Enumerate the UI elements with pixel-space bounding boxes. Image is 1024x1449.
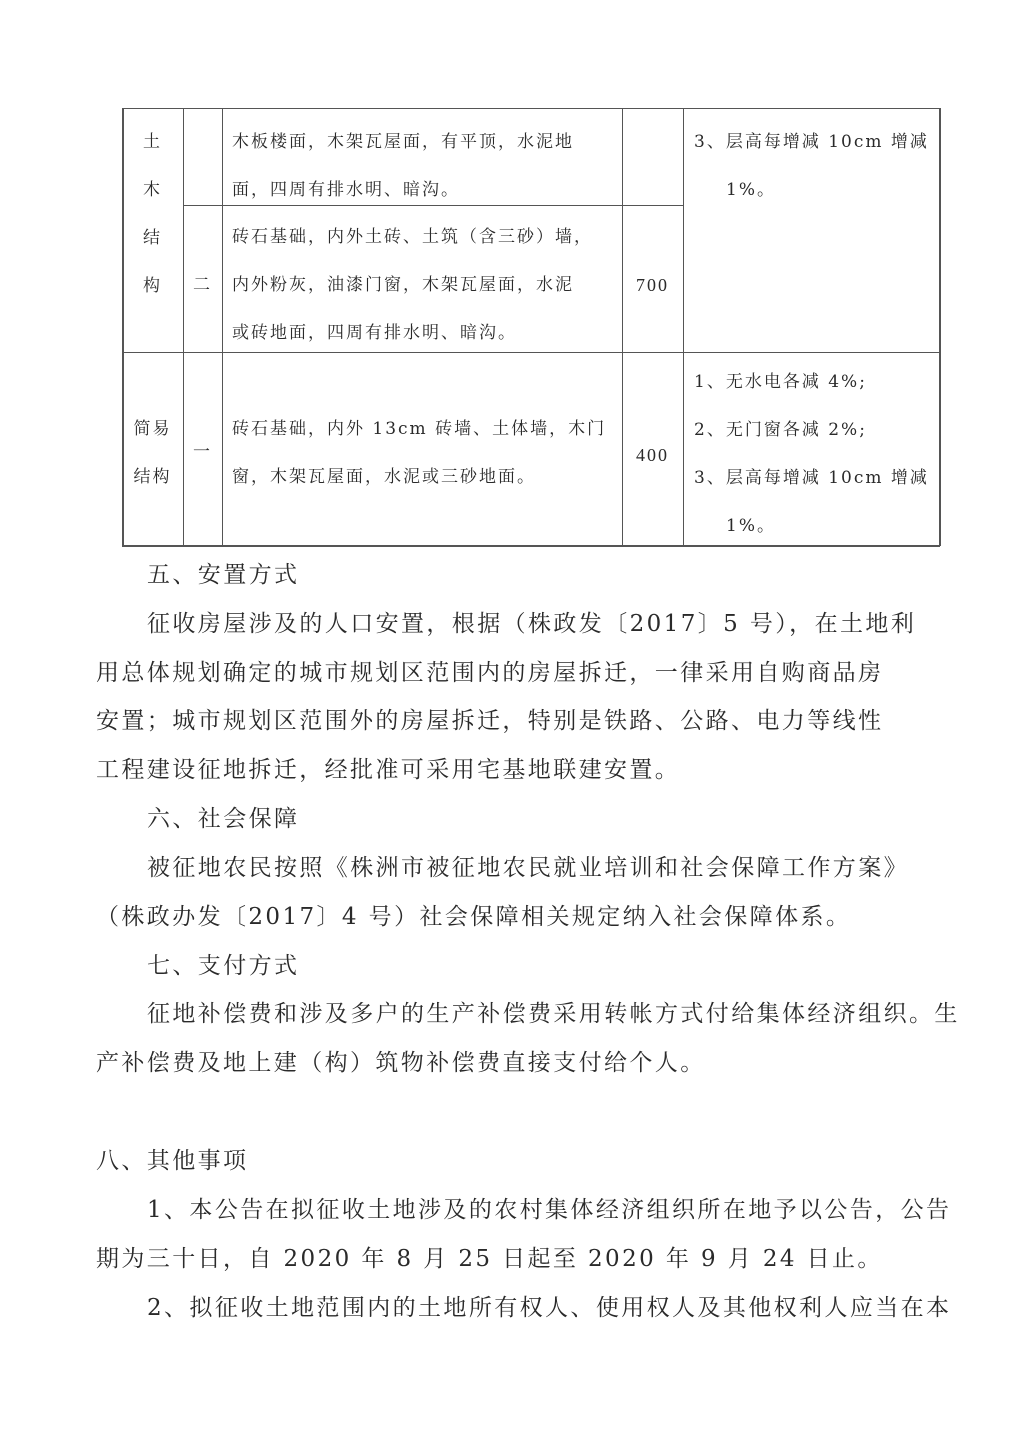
section-heading-payment: 七、支付方式 [147, 942, 299, 990]
price-cell: 400 [622, 431, 683, 479]
table-border-top [122, 108, 940, 109]
paragraph-line: 用总体规划确定的城市规划区范围内的房屋拆迁，一律采用自购商品房 [96, 649, 883, 697]
col-divider [183, 108, 184, 546]
category-char: 构 [122, 262, 183, 310]
category-line: 结构 [122, 453, 183, 501]
paragraph-line: 期为三十日，自 2020 年 8 月 25 日起至 2020 年 9 月 24 … [96, 1235, 883, 1283]
paragraph-line: 产补偿费及地上建（构）筑物补偿费直接支付给个人。 [96, 1039, 706, 1087]
category-char: 木 [122, 166, 183, 214]
price-cell: 700 [622, 261, 683, 309]
note-line: 2、无门窗各减 2%; [694, 406, 934, 454]
section-heading-other-matters: 八、其他事项 [96, 1137, 248, 1185]
paragraph-line: 工程建设征地拆迁，经批准可采用宅基地联建安置。 [96, 746, 680, 794]
note-line: 1%。 [694, 502, 934, 550]
compensation-table: 土 木 结 构 木板楼面，木架瓦屋面，有平顶，水泥地 面，四周有排水明、暗沟。 … [122, 108, 940, 545]
category-char: 土 [122, 118, 183, 166]
table-border-right [939, 108, 941, 546]
note-line: 3、层高每增减 10cm 增减 [694, 454, 934, 502]
note-line: 3、层高每增减 10cm 增减 [694, 118, 934, 166]
paragraph-line: 征地补偿费和涉及多户的生产补偿费采用转帐方式付给集体经济组织。生 [147, 990, 960, 1038]
paragraph-line: 征收房屋涉及的人口安置，根据（株政发〔2017〕5 号），在土地利 [147, 600, 916, 648]
desc-line: 木板楼面，木架瓦屋面，有平顶，水泥地 [232, 118, 622, 166]
paragraph-line: 安置；城市规划区范围外的房屋拆迁，特别是铁路、公路、电力等线性 [96, 697, 883, 745]
paragraph-line: 1、本公告在拟征收土地涉及的农村集体经济组织所在地予以公告，公告 [147, 1186, 951, 1234]
desc-line: 面，四周有排水明、暗沟。 [232, 166, 622, 214]
paragraph-line: 被征地农民按照《株洲市被征地农民就业培训和社会保障工作方案》 [147, 844, 909, 892]
desc-line: 内外粉灰，油漆门窗，木架瓦屋面，水泥 [232, 261, 622, 309]
desc-cell: 砖石基础，内外土砖、土筑（含三砂）墙， 内外粉灰，油漆门窗，木架瓦屋面，水泥 或… [232, 213, 622, 357]
paragraph-line: （株政办发〔2017〕4 号）社会保障相关规定纳入社会保障体系。 [96, 893, 851, 941]
desc-line: 砖石基础，内外土砖、土筑（含三砂）墙， [232, 213, 622, 261]
category-char: 结 [122, 214, 183, 262]
col-divider [222, 108, 223, 546]
category-cell: 土 木 结 构 [122, 118, 183, 310]
section-heading-resettlement: 五、安置方式 [147, 551, 299, 599]
category-cell: 简易 结构 [122, 405, 183, 501]
grade-cell: 二 [183, 261, 222, 309]
desc-line: 砖石基础，内外 13cm 砖墙、土体墙，木门 [232, 405, 622, 453]
desc-line: 或砖地面，四周有排水明、暗沟。 [232, 309, 622, 357]
col-divider [683, 108, 684, 546]
desc-line: 窗，木架瓦屋面，水泥或三砂地面。 [232, 453, 622, 501]
section-heading-social-security: 六、社会保障 [147, 795, 299, 843]
notes-cell: 1、无水电各减 4%; 2、无门窗各减 2%; 3、层高每增减 10cm 增减 … [694, 358, 934, 550]
desc-upper-cell: 木板楼面，木架瓦屋面，有平顶，水泥地 面，四周有排水明、暗沟。 [232, 118, 622, 214]
grade-cell: 一 [183, 428, 222, 476]
note-line: 1、无水电各减 4%; [694, 358, 934, 406]
notes-cell: 3、层高每增减 10cm 增减 1%。 [694, 118, 934, 214]
note-line: 1%。 [694, 166, 934, 214]
desc-cell: 砖石基础，内外 13cm 砖墙、土体墙，木门 窗，木架瓦屋面，水泥或三砂地面。 [232, 405, 622, 501]
category-line: 简易 [122, 405, 183, 453]
col-divider [622, 108, 623, 546]
paragraph-line: 2、拟征收土地范围内的土地所有权人、使用权人及其他权利人应当在本 [147, 1284, 951, 1332]
